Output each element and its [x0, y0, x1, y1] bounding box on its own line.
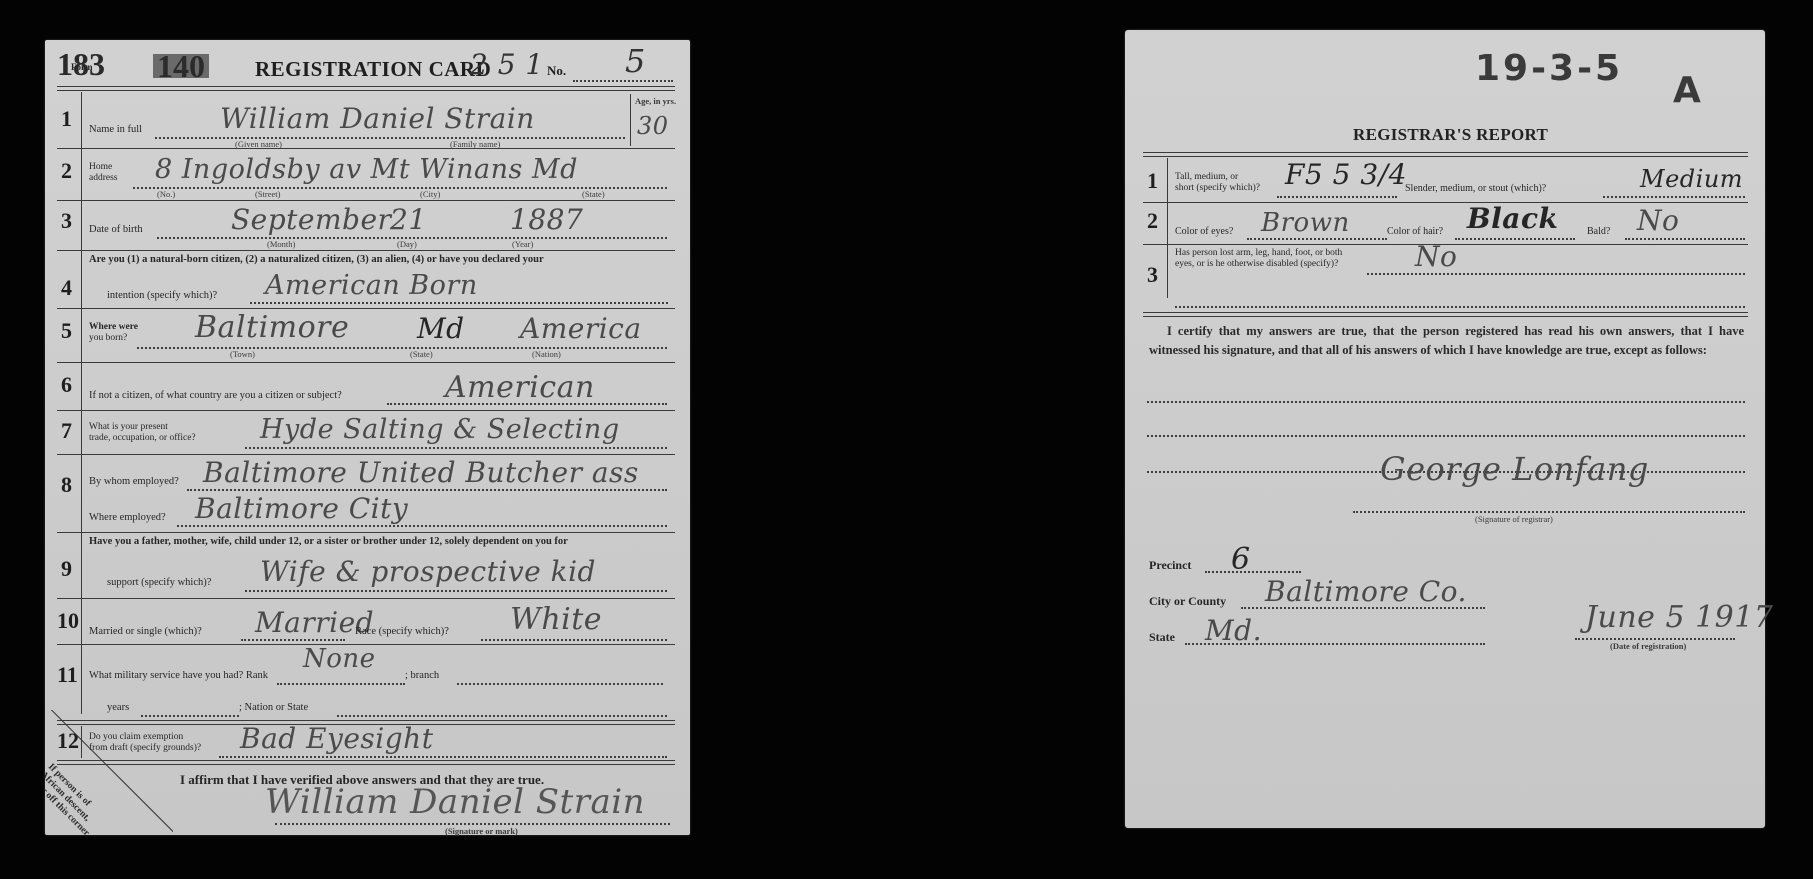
name-label: Name in full [89, 124, 142, 135]
registration-date-label: (Date of registration) [1610, 641, 1686, 651]
state-value: Md. [1205, 614, 1262, 647]
report-title: REGISTRAR'S REPORT [1353, 125, 1548, 145]
serial-handwritten: 2 5 1 [470, 48, 544, 81]
height-value: F5 5 3/4 [1285, 158, 1407, 191]
file-stamp-suffix: A [1673, 70, 1701, 111]
registrar-signature-label: (Signature of registrar) [1475, 514, 1553, 524]
name-value: William Daniel Strain [220, 102, 535, 135]
birth-month-value: September [231, 203, 391, 236]
registration-card: 183 Form 140 REGISTRATION CARD 2 5 1 No.… [45, 40, 690, 835]
birth-day-value: 21 [390, 203, 427, 236]
citizenship-value: American Born [265, 270, 478, 301]
registrant-signature: William Daniel Strain [265, 782, 645, 822]
hair-color-value: Black [1467, 202, 1558, 235]
certification-text: I certify that my answers are true, that… [1149, 322, 1744, 359]
occupation-value: Hyde Salting & Selecting [260, 414, 620, 445]
struck-form-number: 140 [153, 54, 209, 78]
city-county-label: City or County [1149, 594, 1226, 609]
birth-year-value: 1887 [510, 203, 583, 236]
registrar-signature: George Lonfang [1380, 450, 1649, 488]
birth-nation-value: America [520, 312, 642, 345]
military-rank-value: None [303, 644, 376, 674]
precinct-value: 6 [1231, 542, 1251, 577]
header-rule [57, 86, 675, 91]
disability-value: No [1415, 240, 1457, 273]
number-label: No. [547, 63, 566, 79]
eye-color-value: Brown [1261, 208, 1350, 238]
row-number-column-rule [81, 92, 82, 714]
tear-off-corner: If person is of African descent, tear of… [45, 710, 173, 835]
age-label: Age, in yrs. [635, 96, 676, 106]
card-number-value: 5 [625, 42, 646, 80]
exemption-value: Bad Eyesight [240, 722, 433, 755]
employer-value: Baltimore United Butcher ass [203, 456, 639, 489]
birth-town-value: Baltimore [195, 310, 349, 345]
state-label: State [1149, 630, 1175, 645]
employment-place-value: Baltimore City [195, 492, 408, 525]
report-header-rule [1143, 152, 1748, 157]
bald-value: No [1637, 204, 1679, 237]
dependents-value: Wife & prospective kid [260, 555, 596, 588]
corner-note: If person is of African descent, tear of… [45, 762, 110, 835]
home-address-value: 8 Ingoldsby av Mt Winans Md [155, 154, 578, 185]
file-stamp: 19-3-5 [1475, 48, 1623, 89]
build-value: Medium [1640, 165, 1743, 193]
registration-date-value: June 5 1917 [1585, 600, 1773, 635]
precinct-label: Precinct [1149, 558, 1191, 573]
country-value: American [445, 370, 595, 405]
registrars-report-card: 19-3-5 A REGISTRAR'S REPORT 1 Tall, medi… [1125, 30, 1765, 828]
birth-state-value: Md [417, 312, 465, 345]
age-value: 30 [637, 112, 669, 140]
card-title: REGISTRATION CARD [255, 57, 491, 82]
race-value: White [510, 602, 602, 637]
signature-label: (Signature or mark) [445, 826, 518, 836]
number-line [573, 80, 673, 82]
form-tag: Form [71, 62, 93, 72]
city-county-value: Baltimore Co. [1265, 575, 1467, 608]
